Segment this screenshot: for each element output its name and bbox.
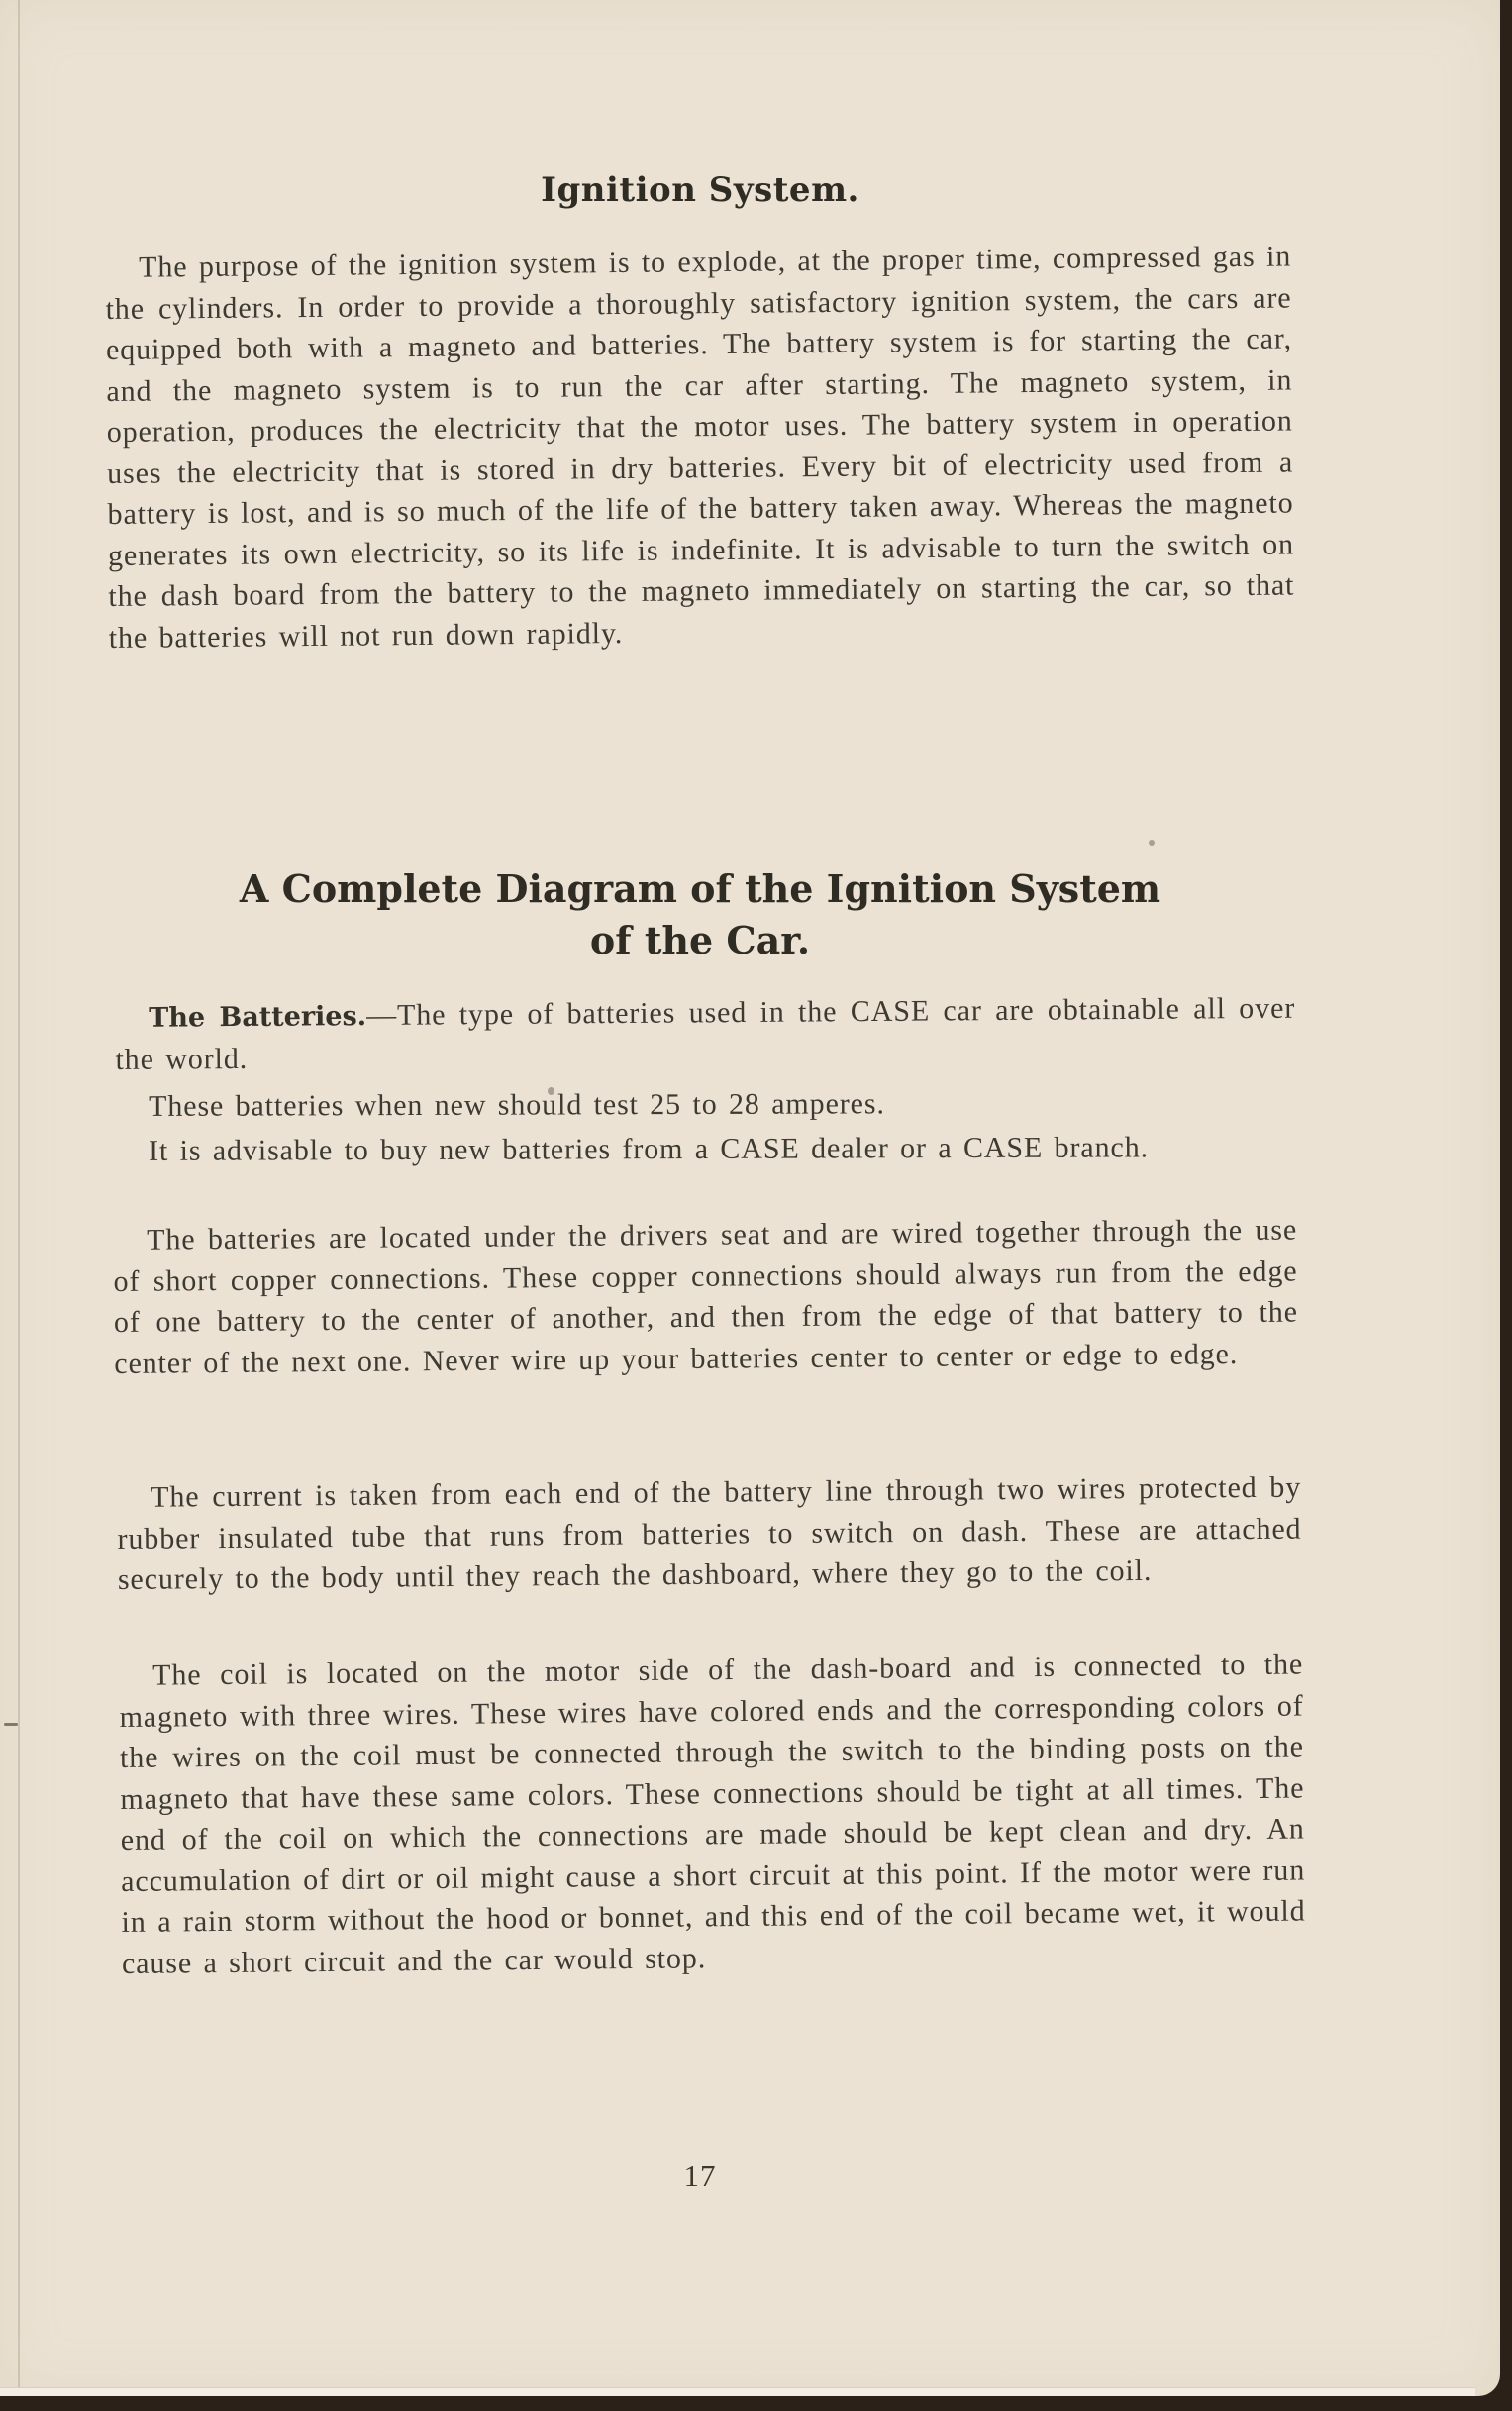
paragraph-batteries-test: These batteries when new should test 25 …: [115, 1082, 1295, 1128]
paragraph-text: The purpose of the ignition system is to…: [105, 241, 1294, 654]
paragraph-coil: The coil is located on the motor side of…: [119, 1645, 1306, 1984]
paper-speck: [548, 1087, 554, 1095]
heading-line-1: A Complete Diagram of the Ignition Syste…: [240, 866, 1160, 911]
run-in-heading-batteries: The Batteries.: [149, 1001, 366, 1034]
paragraph-batteries-type: The Batteries.—The type of batteries use…: [115, 988, 1296, 1080]
book-page: Ignition System. The purpose of the igni…: [0, 0, 1500, 2396]
paragraph-text: The current is taken from each end of th…: [117, 1471, 1301, 1596]
section-heading-ignition-system: Ignition System.: [107, 170, 1293, 210]
paragraph-ignition-purpose: The purpose of the ignition system is to…: [105, 237, 1295, 658]
paragraph-text: The batteries are located under the driv…: [113, 1214, 1298, 1380]
section-heading-complete-diagram: A Complete Diagram of the Ignition Syste…: [107, 863, 1293, 966]
page-number: 17: [107, 2159, 1293, 2194]
paragraph-text: The coil is located on the motor side of…: [119, 1649, 1305, 1980]
paragraph-current-wiring: The current is taken from each end of th…: [117, 1467, 1302, 1601]
paragraph-text: It is advisable to buy new batteries fro…: [149, 1131, 1149, 1167]
page-edge: [0, 2387, 1475, 2396]
heading-line-2: of the Car.: [590, 918, 810, 962]
paragraph-text: These batteries when new should test 25 …: [149, 1087, 885, 1123]
paper-speck: [1149, 840, 1155, 846]
paragraph-batteries-location: The batteries are located under the driv…: [113, 1210, 1298, 1384]
paragraph-buy-batteries: It is advisable to buy new batteries fro…: [115, 1127, 1295, 1172]
paper-mark: [4, 1723, 18, 1726]
